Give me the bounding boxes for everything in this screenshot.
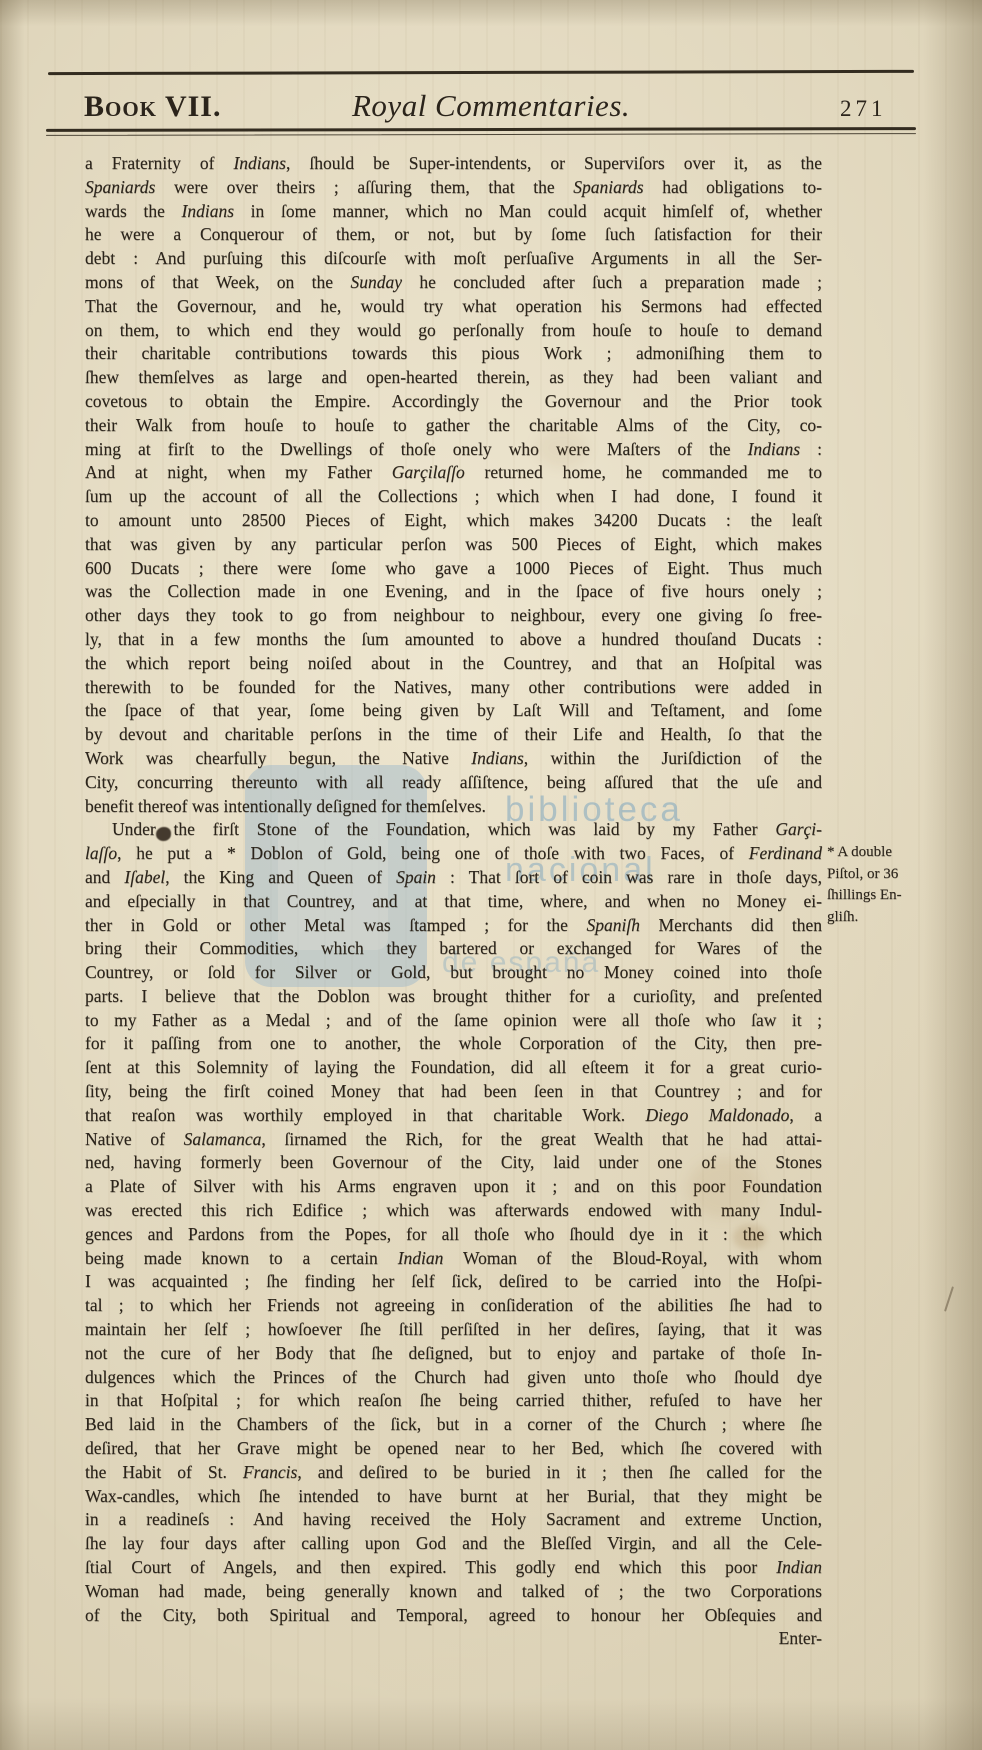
text-line: That the Governour, and he, would try wh…: [85, 295, 822, 319]
text-line: was the Collection made in one Evening, …: [85, 580, 822, 604]
text-line: a Fraternity of Indians, ſhould be Super…: [85, 152, 822, 176]
book-number-heading: Book VII.: [84, 90, 222, 124]
text-line: their Walk from houſe to houſe to gather…: [85, 414, 822, 438]
text-line: of the City, both Spiritual and Temporal…: [85, 1604, 822, 1628]
book-page-scan: biblioteca nacional de españa Book VII. …: [0, 0, 982, 1750]
text-line: ſhew themſelves as large and open-hearte…: [85, 366, 822, 390]
page-number: 271: [840, 96, 887, 122]
text-line: laſſo, he put a * Doblon of Gold, being …: [85, 842, 822, 866]
text-line: bring their Commodities, which they bart…: [85, 937, 822, 961]
header-rule-top: [48, 70, 914, 75]
text-line: to my Father as a Medal ; and of the ſam…: [85, 1009, 822, 1033]
text-line: City, concurring thereunto with all read…: [85, 771, 822, 795]
text-line: And at night, when my Father Garçilaſſo …: [85, 461, 822, 485]
text-line: on them, to which end they would go perſ…: [85, 319, 822, 343]
text-line: being made known to a certain Indian Wom…: [85, 1247, 822, 1271]
text-line: for it paſſing from one to another, the …: [85, 1032, 822, 1056]
text-line: mons of that Week, on the Sunday he conc…: [85, 271, 822, 295]
text-line: ſum up the account of all the Collection…: [85, 485, 822, 509]
text-line: deſired, that her Grave might be opened …: [85, 1437, 822, 1461]
ink-blot: [156, 827, 171, 841]
paper-stain: [536, 428, 588, 468]
text-line: in that Hoſpital ; for which reaſon ſhe …: [85, 1389, 822, 1413]
text-line: in a readineſs : And having received the…: [85, 1508, 822, 1532]
text-line: other days they took to go from neighbou…: [85, 604, 822, 628]
text-line: Under the firſt Stone of the Foundation,…: [85, 818, 822, 842]
text-line: ſhe lay four days after calling upon God…: [85, 1532, 822, 1556]
text-line: I was acquainted ; ſhe finding her ſelf …: [85, 1270, 822, 1294]
text-line: dulgences which the Princes of the Churc…: [85, 1366, 822, 1390]
text-line: by devout and charitable perſons in the …: [85, 723, 822, 747]
margin-note-line: gliſh.: [827, 907, 929, 929]
text-line: benefit thereof was intentionally deſign…: [85, 795, 822, 819]
text-line: ther in Gold or other Metal was ſtamped …: [85, 914, 822, 938]
margin-note: * A doublePiſtol, or 36ſhillings En-gliſ…: [827, 842, 929, 928]
text-line: ſent at this Solemnity of laying the Fou…: [85, 1056, 822, 1080]
text-line: debt : And purſuing this diſcourſe with …: [85, 247, 822, 271]
text-line: Spaniards were over theirs ; aſſuring th…: [85, 176, 822, 200]
text-line: ming at firſt to the Dwellings of thoſe …: [85, 438, 822, 462]
text-block: a Fraternity of Indians, ſhould be Super…: [85, 152, 822, 1627]
text-line: ſtial Court of Angels, and then expired.…: [85, 1556, 822, 1580]
paper-stain: [733, 1224, 767, 1250]
text-line: tal ; to which her Friends not agreeing …: [85, 1294, 822, 1318]
text-line: that was given by any particular perſon …: [85, 533, 822, 557]
text-line: wards the Indians in ſome manner, which …: [85, 200, 822, 224]
text-line: that reaſon was worthily employed in tha…: [85, 1104, 822, 1128]
text-line: Bed laid in the Chambers of the ſick, bu…: [85, 1413, 822, 1437]
text-line: therewith to be founded for the Natives,…: [85, 676, 822, 700]
text-line: Wax-candles, which ſhe intended to have …: [85, 1485, 822, 1509]
text-line: not the cure of her Body that ſhe deſign…: [85, 1342, 822, 1366]
text-line: parts. I believe that the Doblon was bro…: [85, 985, 822, 1009]
text-line: and eſpecially in that Countrey, and at …: [85, 890, 822, 914]
text-line: to amount unto 28500 Pieces of Eight, wh…: [85, 509, 822, 533]
text-line: ly, that in a few months the ſum amounte…: [85, 628, 822, 652]
text-line: 600 Ducats ; there were ſome who gave a …: [85, 557, 822, 581]
text-line: the Habit of St. Francis, and deſired to…: [85, 1461, 822, 1485]
text-line: their charitable contributions towards t…: [85, 342, 822, 366]
text-line: the ſpace of that year, ſome being given…: [85, 699, 822, 723]
text-line: gences and Pardons from the Popes, for a…: [85, 1223, 822, 1247]
pen-mark: [944, 1286, 954, 1311]
header-rule-bottom: [46, 127, 916, 131]
text-line: the which report being noiſed about in t…: [85, 652, 822, 676]
margin-note-line: Piſtol, or 36: [827, 864, 929, 886]
margin-note-line: * A double: [827, 842, 929, 864]
text-line: Work was chearfully begun, the Native In…: [85, 747, 822, 771]
text-line: and Iſabel, the King and Queen of Spain …: [85, 866, 822, 890]
margin-note-line: ſhillings En-: [827, 885, 929, 907]
text-line: Native of Salamanca, ſirnamed the Rich, …: [85, 1128, 822, 1152]
text-line: covetous to obtain the Empire. According…: [85, 390, 822, 414]
text-line: Countrey, or ſold for Silver or Gold, bu…: [85, 961, 822, 985]
text-line: he were a Conquerour of them, or not, bu…: [85, 223, 822, 247]
text-line: ſity, being the firſt coined Money that …: [85, 1080, 822, 1104]
catchword: Enter-: [85, 1627, 822, 1651]
text-line: Woman had made, being generally known an…: [85, 1580, 822, 1604]
text-line: maintain her ſelf ; howſoever ſhe ſtill …: [85, 1318, 822, 1342]
header-rule-bottom-double: [46, 133, 916, 136]
paper-stain: [688, 1158, 760, 1218]
running-title: Royal Commentaries.: [352, 88, 630, 124]
